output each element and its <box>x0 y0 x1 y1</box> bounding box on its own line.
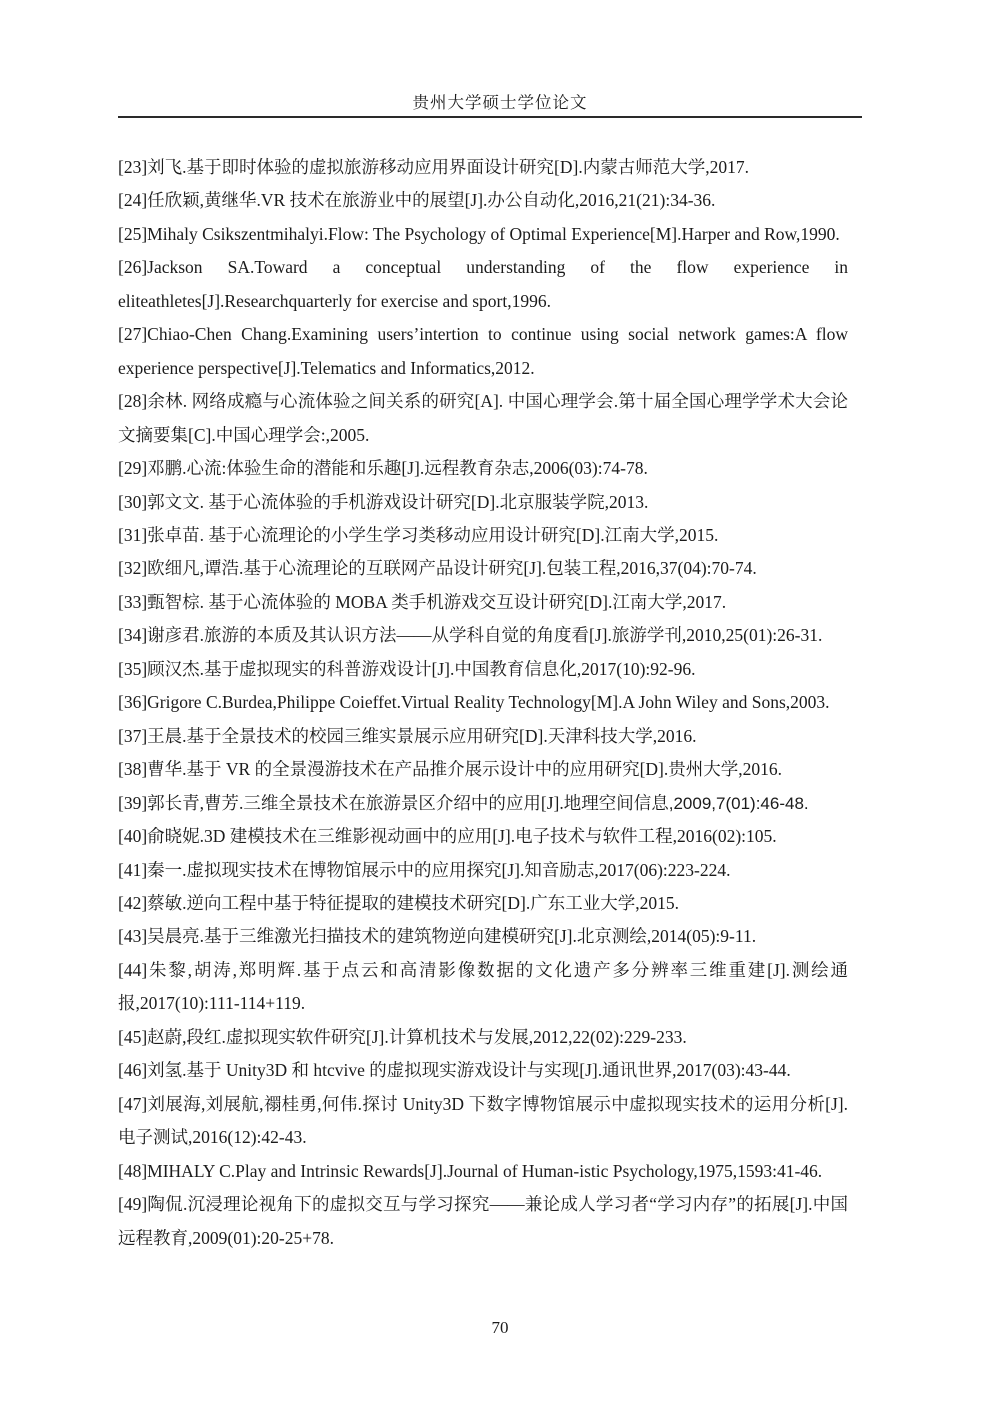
reference-item: [41]秦一.虚拟现实技术在博物馆展示中的应用探究[J].知音励志,2017(0… <box>118 854 848 887</box>
reference-item: [36]Grigore C.Burdea,Philippe Coieffet.V… <box>118 686 848 719</box>
reference-item: [43]吴晨亮.基于三维激光扫描技术的建筑物逆向建模研究[J].北京测绘,201… <box>118 920 848 953</box>
reference-item: [27]Chiao-Chen Chang.Examining users’int… <box>118 318 848 385</box>
reference-item: [33]甄智棕. 基于心流体验的 MOBA 类手机游戏交互设计研究[D].江南大… <box>118 586 848 619</box>
reference-item: [23]刘飞.基于即时体验的虚拟旅游移动应用界面设计研究[D].内蒙古师范大学,… <box>118 151 848 184</box>
reference-item: [38]曹华.基于 VR 的全景漫游技术在产品推介展示设计中的应用研究[D].贵… <box>118 753 848 786</box>
reference-item: [24]任欣颖,黄继华.VR 技术在旅游业中的展望[J].办公自动化,2016,… <box>118 184 848 217</box>
reference-text-sans: ,2009,7(01):46-48. <box>669 794 809 813</box>
reference-item: [25]Mihaly Csikszentmihalyi.Flow: The Ps… <box>118 218 848 251</box>
thesis-page: 贵州大学硕士学位论文 [23]刘飞.基于即时体验的虚拟旅游移动应用界面设计研究[… <box>0 0 1000 1414</box>
reference-item: [29]邓鹏.心流:体验生命的潜能和乐趣[J].远程教育杂志,2006(03):… <box>118 452 848 485</box>
reference-item: [39]郭长青,曹芳.三维全景技术在旅游景区介绍中的应用[J].地理空间信息,2… <box>118 787 848 820</box>
reference-item: [34]谢彦君.旅游的本质及其认识方法——从学科自觉的角度看[J].旅游学刊,2… <box>118 619 848 652</box>
reference-item: [31]张卓苗. 基于心流理论的小学生学习类移动应用设计研究[D].江南大学,2… <box>118 519 848 552</box>
reference-item: [48]MIHALY C.Play and Intrinsic Rewards[… <box>118 1155 848 1188</box>
reference-item: [35]顾汉杰.基于虚拟现实的科普游戏设计[J].中国教育信息化,2017(10… <box>118 653 848 686</box>
reference-item: [47]刘展海,刘展航,禤桂勇,何伟.探讨 Unity3D 下数字博物馆展示中虚… <box>118 1088 848 1155</box>
reference-item: [37]王晨.基于全景技术的校园三维实景展示应用研究[D].天津科技大学,201… <box>118 720 848 753</box>
reference-text: [39]郭长青,曹芳.三维全景技术在旅游景区介绍中的应用[J].地理空间信息 <box>118 793 669 813</box>
page-header-title: 贵州大学硕士学位论文 <box>0 89 1000 113</box>
reference-item: [45]赵蔚,段红.虚拟现实软件研究[J].计算机技术与发展,2012,22(0… <box>118 1021 848 1054</box>
reference-item: [26]Jackson SA.Toward a conceptual under… <box>118 251 848 318</box>
reference-item: [28]余林. 网络成瘾与心流体验之间关系的研究[A]. 中国心理学会.第十届全… <box>118 385 848 452</box>
reference-item: [30]郭文文. 基于心流体验的手机游戏设计研究[D].北京服装学院,2013. <box>118 486 848 519</box>
reference-item: [49]陶侃.沉浸理论视角下的虚拟交互与学习探究——兼论成人学习者“学习内存”的… <box>118 1188 848 1255</box>
header-rule <box>118 116 862 118</box>
reference-list: [23]刘飞.基于即时体验的虚拟旅游移动应用界面设计研究[D].内蒙古师范大学,… <box>118 151 848 1255</box>
reference-item: [32]欧细凡,谭浩.基于心流理论的互联网产品设计研究[J].包装工程,2016… <box>118 552 848 585</box>
reference-item: [42]蔡敏.逆向工程中基于特征提取的建模技术研究[D].广东工业大学,2015… <box>118 887 848 920</box>
page-number: 70 <box>0 1318 1000 1338</box>
reference-item: [40]俞晓妮.3D 建模技术在三维影视动画中的应用[J].电子技术与软件工程,… <box>118 820 848 853</box>
reference-item: [46]刘氢.基于 Unity3D 和 htcvive 的虚拟现实游戏设计与实现… <box>118 1054 848 1087</box>
reference-item: [44]朱黎,胡涛,郑明辉.基于点云和高清影像数据的文化遗产多分辨率三维重建[J… <box>118 954 848 1021</box>
